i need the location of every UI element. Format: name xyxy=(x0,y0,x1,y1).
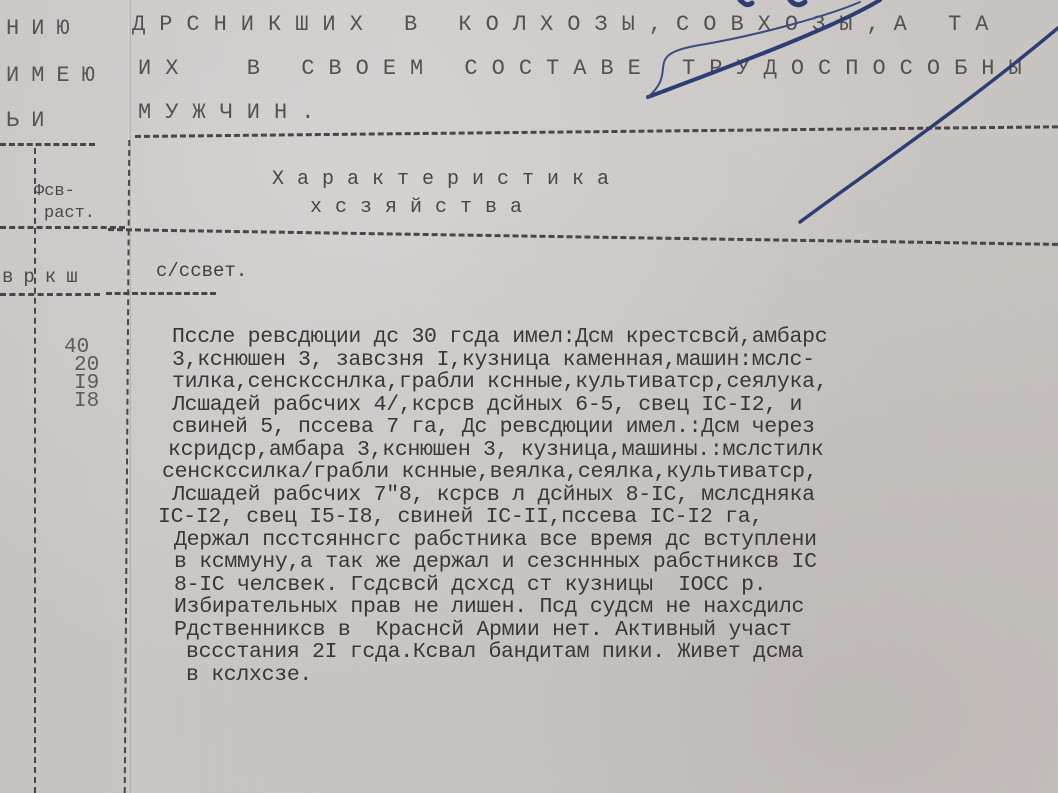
handwritten-ink-stroke-icon xyxy=(0,0,1058,793)
